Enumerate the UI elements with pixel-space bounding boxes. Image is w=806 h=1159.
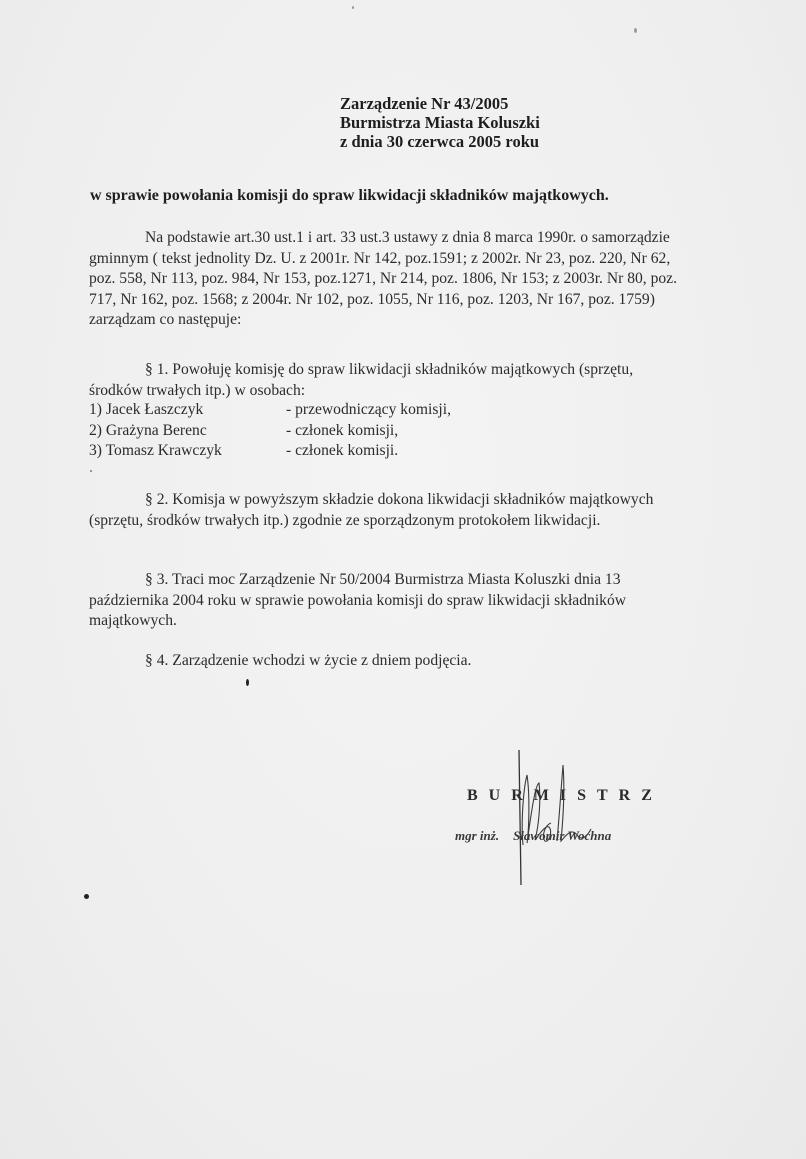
ordinance-date: z dnia 30 czerwca 2005 roku bbox=[340, 132, 540, 151]
signatory-fullname: Sławomir Wochna bbox=[513, 828, 611, 843]
scan-speck bbox=[84, 894, 89, 899]
scan-speck bbox=[246, 679, 249, 686]
section-2-paragraph: § 2. Komisja w powyższym składzie dokona… bbox=[89, 490, 789, 531]
member-name: 2) Grażyna Berenc bbox=[89, 421, 286, 442]
text-line: gminnym ( tekst jednolity Dz. U. z 2001r… bbox=[89, 249, 789, 270]
text-line: października 2004 roku w sprawie powołan… bbox=[89, 591, 789, 612]
text-line: poz. 558, Nr 113, poz. 984, Nr 153, poz.… bbox=[89, 269, 789, 290]
section-3-paragraph: § 3. Traci moc Zarządzenie Nr 50/2004 Bu… bbox=[89, 570, 789, 632]
signatory-name: mgr inż.Sławomir Wochna bbox=[455, 828, 611, 844]
legal-basis-paragraph: Na podstawie art.30 ust.1 i art. 33 ust.… bbox=[89, 228, 789, 331]
scan-speck bbox=[352, 6, 354, 9]
list-item: 2) Grażyna Berenc - członek komisji, bbox=[89, 421, 451, 442]
scan-speck bbox=[90, 470, 92, 472]
text-line: (sprzętu, środków trwałych itp.) zgodnie… bbox=[89, 511, 789, 532]
handwritten-signature-icon bbox=[505, 745, 595, 890]
text-line: 717, Nr 162, poz. 1568; z 2004r. Nr 102,… bbox=[89, 290, 789, 311]
member-name: 3) Tomasz Krawczyk bbox=[89, 441, 286, 462]
signatory-degree: mgr inż. bbox=[455, 828, 499, 843]
section-4-paragraph: § 4. Zarządzenie wchodzi w życie z dniem… bbox=[89, 651, 789, 672]
member-role: - członek komisji. bbox=[286, 441, 398, 462]
list-item: 3) Tomasz Krawczyk - członek komisji. bbox=[89, 441, 451, 462]
section-1-paragraph: § 1. Powołuję komisję do spraw likwidacj… bbox=[89, 360, 789, 401]
committee-members-list: 1) Jacek Łaszczyk - przewodniczący komis… bbox=[89, 400, 451, 462]
text-line: środków trwałych itp.) w osobach: bbox=[89, 381, 789, 402]
text-line: § 1. Powołuję komisję do spraw likwidacj… bbox=[89, 360, 789, 381]
scanned-document-page: Zarządzenie Nr 43/2005 Burmistrza Miasta… bbox=[0, 0, 806, 1159]
text-line: § 3. Traci moc Zarządzenie Nr 50/2004 Bu… bbox=[89, 570, 789, 591]
member-name: 1) Jacek Łaszczyk bbox=[89, 400, 286, 421]
signatory-title: BURMISTRZ bbox=[467, 787, 663, 805]
list-item: 1) Jacek Łaszczyk - przewodniczący komis… bbox=[89, 400, 451, 421]
ordinance-issuer: Burmistrza Miasta Koluszki bbox=[340, 113, 540, 132]
scan-speck bbox=[634, 28, 637, 33]
text-line: § 2. Komisja w powyższym składzie dokona… bbox=[89, 490, 789, 511]
text-line: majątkowych. bbox=[89, 611, 789, 632]
text-line: zarządzam co następuje: bbox=[89, 310, 789, 331]
member-role: - przewodniczący komisji, bbox=[286, 400, 451, 421]
text-line: § 4. Zarządzenie wchodzi w życie z dniem… bbox=[89, 651, 789, 672]
ordinance-header: Zarządzenie Nr 43/2005 Burmistrza Miasta… bbox=[340, 94, 540, 151]
text-line: Na podstawie art.30 ust.1 i art. 33 ust.… bbox=[89, 228, 789, 249]
ordinance-number: Zarządzenie Nr 43/2005 bbox=[340, 94, 540, 113]
member-role: - członek komisji, bbox=[286, 421, 398, 442]
ordinance-subject: w sprawie powołania komisji do spraw lik… bbox=[90, 187, 609, 205]
